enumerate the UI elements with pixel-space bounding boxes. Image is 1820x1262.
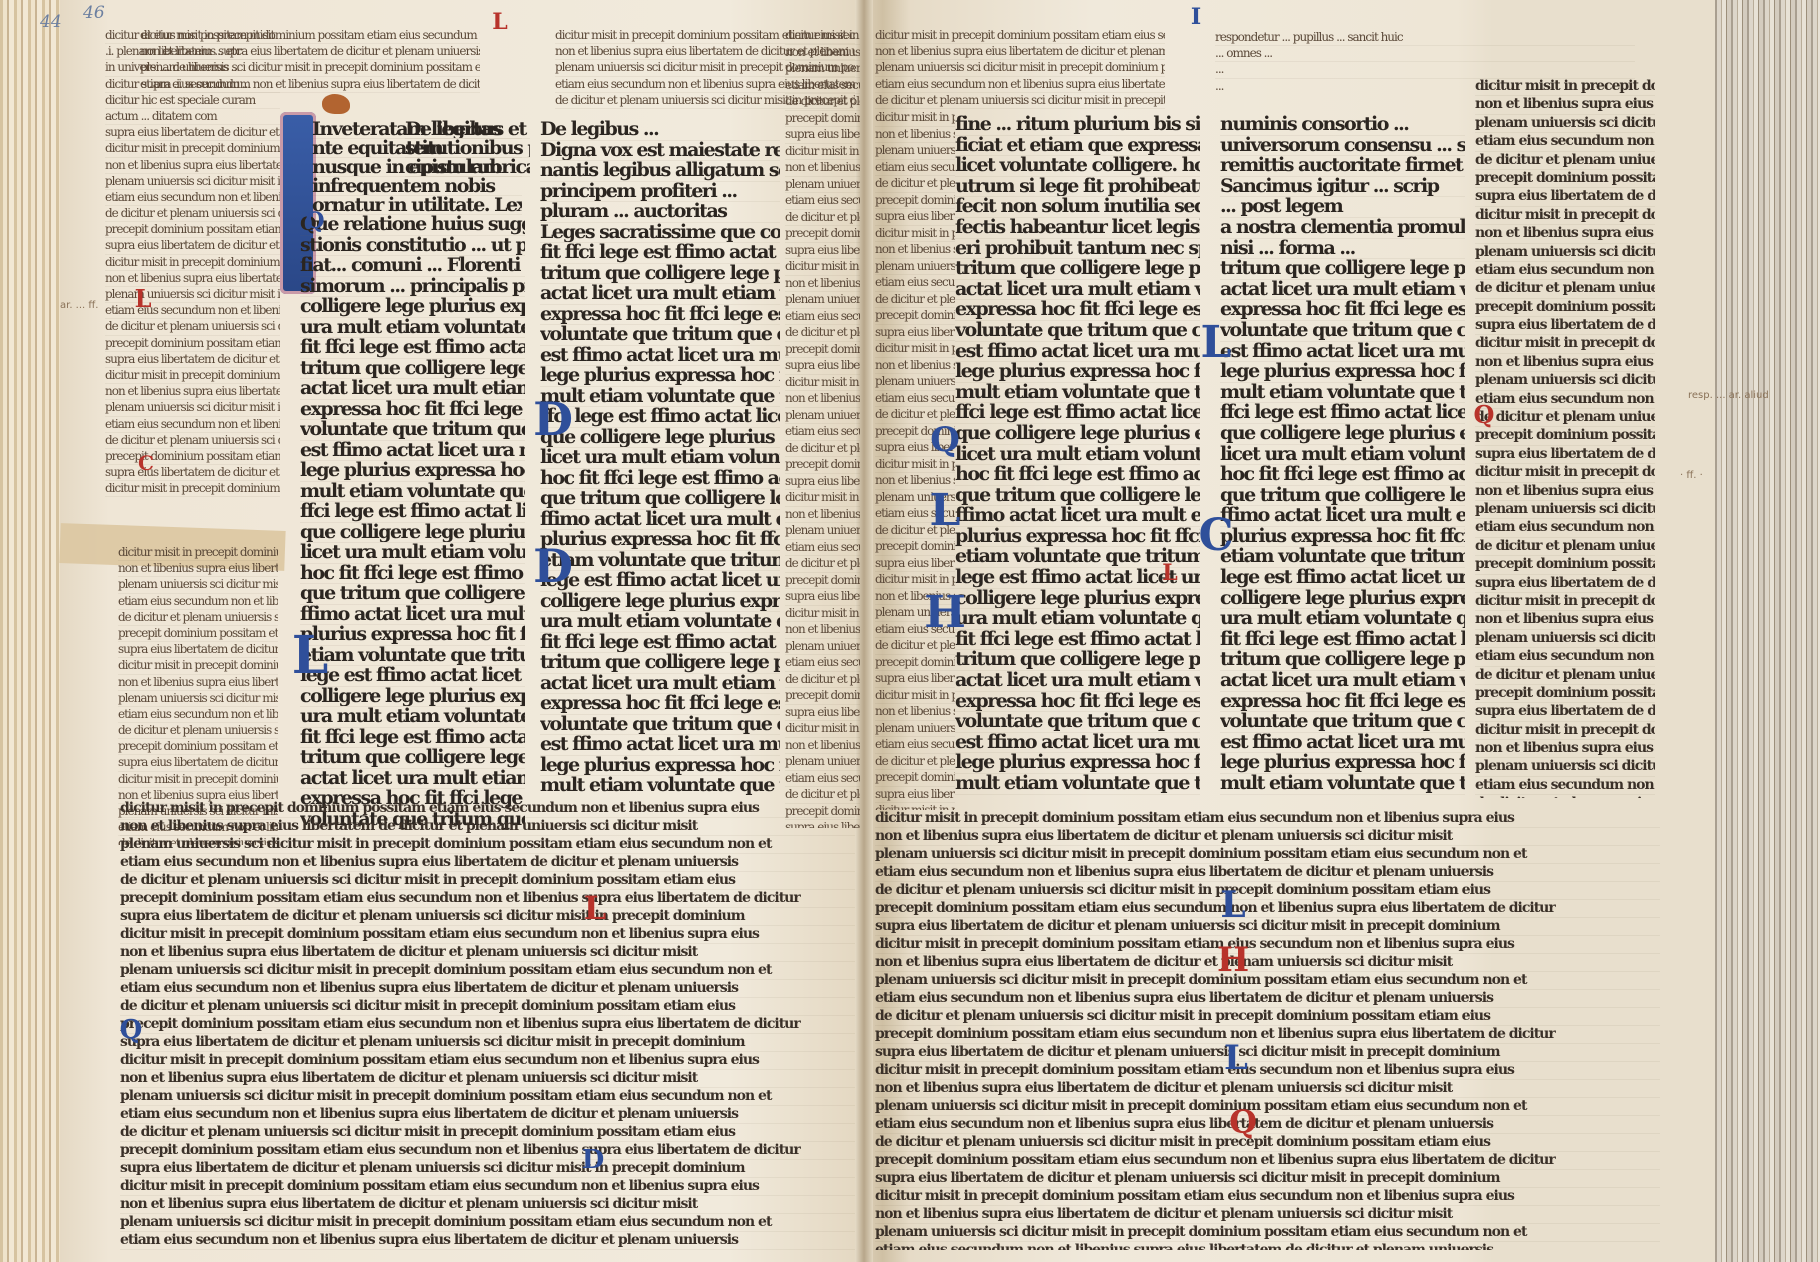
text-line: non et libenius supra eius libertatem de…	[1475, 483, 1655, 501]
text-line: dicitur misit in precepit dominium possi…	[785, 259, 860, 276]
text-line: de dicitur et plenam uniuersis sci dicit…	[120, 872, 855, 890]
text-line: dicitur misit in precepit dominium possi…	[120, 1178, 855, 1196]
text-line: dicitur misit in precepit dominium possi…	[118, 772, 278, 788]
text-line: dicitur misit in precepit dominium possi…	[875, 810, 1660, 828]
text-line: nisi ... forma ...	[1220, 239, 1465, 260]
text-line: plenam uniuersis sci dicitur misit in pr…	[140, 60, 480, 76]
text-line: etiam eius secundum non et libenius supr…	[785, 771, 860, 788]
text-line: etiam eius secundum non et libenius supr…	[120, 1232, 855, 1250]
text-line: non et libenius supra eius libertatem de…	[1475, 96, 1655, 114]
text-line: voluntate que tritum que colligere lege …	[1220, 321, 1465, 342]
text-line: dicitur misit in precepit dominium possi…	[120, 1052, 855, 1070]
text-line: plenam uniuersis sci dicitur misit in pr…	[118, 577, 278, 593]
text-line: supra eius libertatem de dicitur et plen…	[785, 243, 860, 260]
text-line: que tritum que colligere lege plurius ex…	[540, 489, 780, 510]
text-line: hoc fit ffci lege est ffimo actat licet …	[300, 564, 525, 585]
text-line: fit ffci lege est ffimo actat licet ura …	[300, 728, 525, 749]
text-line: etiam eius secundum non et libenius supr…	[140, 77, 480, 93]
left-main-column-a: Que relatione huius suggestionis constit…	[300, 215, 525, 830]
text-line: est ffimo actat licet ura mult etiam vol…	[955, 342, 1200, 363]
text-line: etiam eius secundum non et libenius supr…	[875, 1116, 1660, 1134]
initial-L: L	[1218, 885, 1248, 925]
text-line: fit ffci lege est ffimo actat licet ura …	[540, 633, 780, 654]
text-line: colligere lege plurius expressa hoc fit …	[300, 297, 525, 318]
text-line: plenam uniuersis sci dicitur misit in pr…	[785, 177, 860, 194]
text-line: dicitur misit in precepit dominium possi…	[875, 1062, 1660, 1080]
left-top-gloss: dicitur misit in precepit dominium possi…	[140, 28, 480, 93]
text-line: voluntate que tritum que colligere lege …	[540, 715, 780, 736]
text-line: colligere lege plurius expressa hoc fit …	[955, 589, 1200, 610]
text-line: plenam uniuersis sci dicitur misit in pr…	[785, 408, 860, 425]
text-line: de dicitur et plenam uniuersis sci dicit…	[1475, 667, 1655, 685]
right-main-column-a: fine ... ritum plurium bis sificiat et e…	[955, 115, 1200, 795]
text-line: Digna vox est maiestate reg	[540, 141, 780, 162]
text-line: hoc fit ffci lege est ffimo actat licet …	[955, 465, 1200, 486]
text-line: non et libenius supra eius libertatem de…	[875, 1206, 1660, 1224]
text-line: fit ffci lege est ffimo actat licet ura …	[955, 630, 1200, 651]
text-line: ura mult etiam voluntate que tritum que …	[540, 612, 780, 633]
text-line: etiam eius secundum non et libenius supr…	[1475, 262, 1655, 280]
text-line: precepit dominium possitam etiam eius se…	[118, 626, 278, 642]
initial-L: L	[933, 480, 957, 540]
text-line: mult etiam voluntate que tritum que coll…	[1220, 383, 1465, 404]
text-line: voluntate que tritum que colligere lege …	[1220, 712, 1465, 733]
text-line: precepit dominium possitam etiam eius se…	[875, 193, 955, 210]
text-line: actat licet ura mult etiam voluntate que…	[955, 671, 1200, 692]
text-line: non et libenius supra eius libertatem de…	[118, 675, 278, 691]
text-line: tritum que colligere lege plurius expres…	[955, 650, 1200, 671]
text-line: fectis habeantur licet legislator fi	[955, 218, 1200, 239]
text-line: precepit dominium possitam etiam eius se…	[785, 342, 860, 359]
text-line: etiam eius secundum non et libenius supr…	[120, 980, 855, 998]
text-line: ...	[1215, 62, 1635, 78]
text-line: non et libenius supra eius libertatem de…	[1475, 611, 1655, 629]
text-line: de dicitur et plenam uniuersis sci dicit…	[1475, 409, 1655, 427]
right-lower-gloss: dicitur misit in precepit dominium possi…	[875, 810, 1660, 1250]
text-line: de dicitur et plenam uniuersis sci dicit…	[875, 882, 1660, 900]
text-line: de dicitur et plenam uniuersis sci dicit…	[1475, 280, 1655, 298]
text-line: utrum si lege fit prohibeatur fiunt	[955, 177, 1200, 198]
text-line: precepit dominium possitam etiam eius se…	[1475, 685, 1655, 703]
text-line: de dicitur et plenam uniuersis sci dicit…	[785, 556, 860, 573]
text-line: plenam uniuersis sci dicitur misit in pr…	[785, 639, 860, 656]
text-line: ffimo actat licet ura mult etiam volunta…	[540, 510, 780, 531]
text-line: ... post legem	[1220, 197, 1465, 218]
text-line: etiam eius secundum non et libenius supr…	[120, 1106, 855, 1124]
text-line: colligere lege plurius expressa hoc fit …	[1220, 589, 1465, 610]
text-line: plenam uniuersis sci dicitur misit in pr…	[875, 259, 955, 276]
text-line: nantis legibus alligatum se	[540, 161, 780, 182]
text-line: remittis auctoritate firmet	[1220, 156, 1465, 177]
text-line: de dicitur et plenam uniuersis sci dicit…	[785, 94, 860, 111]
text-line: precepit dominium possitam etiam eius se…	[875, 539, 955, 556]
text-line: etiam eius secundum non et libenius supr…	[120, 854, 855, 872]
text-line: dicitur misit in precepit dominium possi…	[875, 688, 955, 705]
text-line: de dicitur et plenam uniuersis sci dicit…	[875, 754, 955, 771]
initial-L: L	[580, 890, 610, 926]
text-line: precepit dominium possitam etiam eius se…	[1475, 299, 1655, 317]
text-line: non et libenius supra eius libertatem de…	[105, 497, 280, 498]
text-line: precepit dominium possitam etiam eius se…	[875, 308, 955, 325]
text-line: a nostra clementia promulgatam	[1220, 218, 1465, 239]
text-line: plenam uniuersis sci dicitur misit in pr…	[875, 60, 1165, 76]
text-line: dicitur misit in precepit dominium possi…	[785, 375, 860, 392]
text-line: dicitur misit in precepit dominium possi…	[105, 368, 280, 384]
initial-Q: Q	[1230, 1105, 1256, 1139]
initial-Q: Q	[933, 420, 957, 460]
text-line: lege est ffimo actat licet ura mult etia…	[540, 571, 780, 592]
text-line: plenam uniuersis sci dicitur misit in pr…	[120, 1088, 855, 1106]
text-line: colligere lege plurius expressa hoc fit …	[540, 592, 780, 613]
text-line: non et libenius supra eius libertatem de…	[105, 384, 280, 400]
text-line: supra eius libertatem de dicitur et plen…	[785, 705, 860, 722]
text-line: precepit dominium possitam etiam eius se…	[105, 449, 280, 465]
text-line: supra eius libertatem de dicitur et plen…	[785, 474, 860, 491]
text-line: tritum que colligere lege plurius expres…	[540, 264, 780, 285]
text-line: universorum consensu ... se	[1220, 136, 1465, 157]
text-line: non et libenius supra eius libertatem de…	[785, 391, 860, 408]
text-line: plenam uniuersis sci dicitur misit in pr…	[785, 61, 860, 78]
initial-Q: Q	[120, 1015, 142, 1045]
text-line: est ffimo actat licet ura mult etiam vol…	[540, 346, 780, 367]
text-line: supra eius libertatem de dicitur et plen…	[875, 671, 955, 688]
text-line: plenam uniuersis sci dicitur misit in pr…	[875, 143, 955, 160]
text-line: supra eius libertatem de dicitur et plen…	[785, 358, 860, 375]
text-line: actum ... ditatem com	[105, 109, 280, 125]
text-line: de dicitur et plenam uniuersis sci dicit…	[875, 1134, 1660, 1152]
text-line: non et libenius supra eius libertatem de…	[875, 704, 955, 721]
text-line: non et libenius supra eius libertatem de…	[785, 276, 860, 293]
folio-number-old: 44	[40, 12, 62, 32]
text-line: ura mult etiam voluntate que tritum que …	[955, 609, 1200, 630]
text-line: etiam eius secundum non et libenius supr…	[1475, 391, 1655, 409]
text-line: plenam uniuersis sci dicitur misit in pr…	[875, 1224, 1660, 1242]
text-line: etiam eius secundum non et libenius supr…	[118, 594, 278, 610]
text-line: actat licet ura mult etiam voluntate que…	[1220, 280, 1465, 301]
text-line: Sancimus igitur ... scrip	[1220, 177, 1465, 198]
text-line: non et libenius supra eius libertatem de…	[875, 358, 955, 375]
text-line: actat licet ura mult etiam voluntate que…	[300, 379, 525, 400]
text-line: precepit dominium possitam etiam eius se…	[1475, 556, 1655, 574]
text-line: licet ura mult etiam voluntate que tritu…	[955, 445, 1200, 466]
text-line: actat licet ura mult etiam voluntate que…	[300, 769, 525, 790]
text-line: supra eius libertatem de dicitur et plen…	[120, 908, 855, 926]
text-line: lege est ffimo actat licet ura mult etia…	[300, 666, 525, 687]
text-line: precepit dominium possitam etiam eius se…	[875, 900, 1660, 918]
text-line: mult etiam voluntate que tritum que coll…	[955, 383, 1200, 404]
text-line: precepit dominium possitam etiam eius se…	[875, 1152, 1660, 1170]
text-line: non et libenius supra eius libertatem de…	[120, 1070, 855, 1088]
text-line: que tritum que colligere lege plurius ex…	[1220, 486, 1465, 507]
text-line: lege plurius expressa hoc fit ffci lege …	[540, 366, 780, 387]
text-line: dicitur misit in precepit dominium possi…	[105, 255, 280, 271]
text-line: que tritum que colligere lege plurius ex…	[955, 486, 1200, 507]
text-line: de dicitur et plenam uniuersis sci dicit…	[1475, 538, 1655, 556]
text-line: fecit non solum inutilia sed pro in	[955, 197, 1200, 218]
text-line: plenam uniuersis sci dicitur misit in pr…	[1475, 244, 1655, 262]
text-line: ura mult etiam voluntate que tritum que …	[300, 707, 525, 728]
text-line: dicitur misit in precepit dominium possi…	[120, 926, 855, 944]
text-line: dicitur misit in precepit dominium possi…	[105, 141, 280, 157]
text-line: lege est ffimo actat licet ura mult etia…	[1220, 568, 1465, 589]
text-line: Leges sacratissime que con	[540, 223, 780, 244]
text-line: pluram ... auctoritas	[540, 202, 780, 223]
text-line: etiam eius secundum non et libenius supr…	[875, 77, 1165, 93]
text-line: de dicitur et plenam uniuersis sci dicit…	[105, 433, 280, 449]
text-line: fit ffci lege est ffimo actat licet ura …	[540, 243, 780, 264]
text-line: dicitur misit in precepit dominium possi…	[875, 28, 1165, 44]
left-page-edges	[0, 0, 60, 1262]
text-line: voluntate que tritum que colligere lege …	[540, 325, 780, 346]
text-line: dicitur misit in precepit dominium possi…	[1475, 207, 1655, 225]
text-line: dicitur misit in precepit dominium possi…	[118, 658, 278, 674]
text-line: ffimo actat licet ura mult etiam volunta…	[1220, 506, 1465, 527]
text-line: de dicitur et plenam uniuersis sci dicit…	[875, 93, 1165, 109]
text-line: expressa hoc fit ffci lege est ffimo act…	[540, 305, 780, 326]
running-mark: L	[490, 10, 510, 34]
text-line: expressa hoc fit ffci lege est ffimo act…	[1220, 692, 1465, 713]
marginal-note: ar. ... ff.	[60, 300, 98, 311]
text-line: etiam eius secundum non et libenius supr…	[1475, 648, 1655, 666]
text-line: lege plurius expressa hoc fit ffci lege …	[300, 461, 525, 482]
text-line: precepit dominium possitam etiam eius se…	[1475, 427, 1655, 445]
text-line: de dicitur et plenam uniuersis sci dicit…	[105, 206, 280, 222]
text-line: dicitur misit in precepit dominium possi…	[785, 721, 860, 738]
text-line: non et libenius supra eius libertatem de…	[120, 944, 855, 962]
text-line: precepit dominium possitam etiam eius se…	[120, 1016, 855, 1034]
right-main-column-b: numinis consortio ... universorum consen…	[1220, 115, 1465, 795]
text-line: plenam uniuersis sci dicitur misit in pr…	[1475, 758, 1655, 776]
text-line: que colligere lege plurius expressa hoc …	[955, 424, 1200, 445]
text-line: que colligere lege plurius expressa hoc …	[300, 523, 525, 544]
text-line: supra eius libertatem de dicitur et plen…	[105, 125, 280, 141]
text-line: lege plurius expressa hoc fit ffci lege …	[1220, 362, 1465, 383]
text-line: supra eius libertatem de dicitur et plen…	[1475, 188, 1655, 206]
text-line: etiam voluntate que tritum que colligere…	[540, 551, 780, 572]
text-line: est ffimo actat licet ura mult etiam vol…	[1220, 342, 1465, 363]
folio-number: 46	[83, 3, 105, 23]
text-line: dicitur misit in precepit dominium possi…	[875, 110, 955, 127]
text-line: precepit dominium possitam etiam eius se…	[120, 1142, 855, 1160]
text-line: fit ffci lege est ffimo actat licet ura …	[1220, 630, 1465, 651]
text-line: non et libenius supra eius libertatem de…	[875, 127, 955, 144]
text-line: actat licet ura mult etiam voluntate que…	[540, 674, 780, 695]
marginal-note: resp. ... ar. aliud	[1688, 390, 1769, 401]
text-line: licet ura mult etiam voluntate que tritu…	[1220, 445, 1465, 466]
text-line: lege plurius expressa hoc fit ffci lege …	[955, 362, 1200, 383]
left-lower-gloss: dicitur misit in precepit dominium possi…	[120, 800, 855, 1250]
text-line: que colligere lege plurius expressa hoc …	[1220, 424, 1465, 445]
text-line: ... omnes ...	[1215, 46, 1635, 62]
initial-L: L	[130, 285, 156, 311]
text-line: que colligere lege plurius expressa hoc …	[540, 428, 780, 449]
text-line: plenam uniuersis sci dicitur misit in pr…	[120, 1214, 855, 1232]
initial-L: L	[1160, 560, 1180, 586]
text-line: dicitur misit in precepit dominium possi…	[785, 144, 860, 161]
text-line: etiam eius secundum non et libenius supr…	[1475, 133, 1655, 151]
rubric-line: De legibus et con	[405, 120, 530, 139]
text-line: plenam uniuersis sci dicitur misit in pr…	[118, 691, 278, 707]
initial-H: H	[933, 575, 957, 650]
initial-Q: Q	[1472, 400, 1496, 428]
text-line: supra eius libertatem de dicitur et plen…	[875, 209, 955, 226]
text-line: de dicitur et plenam uniuersis sci dicit…	[120, 998, 855, 1016]
text-line: ura mult etiam voluntate que tritum que …	[1220, 609, 1465, 630]
rubric-line: cipum rubrica.	[405, 158, 530, 177]
text-line: ficiat et etiam que expressa lege	[955, 136, 1200, 157]
text-line: precepit dominium possitam etiam eius se…	[875, 770, 955, 787]
text-line: ffimo actat licet ura mult etiam volunta…	[300, 605, 525, 626]
text-line: supra eius libertatem de dicitur et plen…	[105, 465, 280, 481]
text-line: actat licet ura mult etiam voluntate que…	[540, 284, 780, 305]
text-line: ffci lege est ffimo actat licet ura mult…	[540, 407, 780, 428]
text-line: mult etiam voluntate que tritum que coll…	[955, 774, 1200, 795]
text-line: fine ... ritum plurium bis si	[955, 115, 1200, 136]
text-line: supra eius libertatem de dicitur et plen…	[875, 556, 955, 573]
text-line: dicitur misit in precepit dominium possi…	[1475, 722, 1655, 740]
text-line: est ffimo actat licet ura mult etiam vol…	[1220, 733, 1465, 754]
text-line: eri prohibuit tantum nec specialiter dix…	[955, 239, 1200, 260]
manuscript-spread: 44 46 dicitur et eius non possitam misit…	[0, 0, 1820, 1262]
initial-C: C	[135, 452, 157, 474]
text-line: etiam eius secundum non et libenius supr…	[105, 190, 280, 206]
text-line: etiam eius secundum non et libenius supr…	[105, 417, 280, 433]
text-line: non et libenius supra eius libertatem de…	[105, 158, 280, 174]
text-line: ffimo actat licet ura mult etiam volunta…	[955, 506, 1200, 527]
text-line: plenam uniuersis sci dicitur misit in pr…	[785, 754, 860, 771]
text-line: precepit dominium possitam etiam eius se…	[120, 890, 855, 908]
text-line: plurius expressa hoc fit ffci lege est f…	[540, 530, 780, 551]
text-line: precepit dominium possitam etiam eius se…	[118, 739, 278, 755]
text-line: supra eius libertatem de dicitur et plen…	[1475, 575, 1655, 593]
text-line: Que relatione huius sugge	[300, 215, 525, 236]
text-line: respondetur ... pupillus ... sancit huic	[1215, 30, 1635, 46]
rubric-line: stitutionibus prin	[405, 139, 530, 158]
text-line: mult etiam voluntate que tritum que coll…	[1220, 774, 1465, 795]
text-line: dicitur misit in precepit dominium possi…	[785, 28, 860, 45]
text-line: de dicitur et plenam uniuersis sci dicit…	[118, 610, 278, 626]
text-line: fiat... comuni ... Florenti	[300, 256, 525, 277]
text-line: dicitur misit in precepit dominium possi…	[875, 936, 1660, 954]
text-line: precepit dominium possitam etiam eius se…	[105, 336, 280, 352]
text-line: etiam eius secundum non et libenius supr…	[785, 540, 860, 557]
text-line: hoc fit ffci lege est ffimo actat licet …	[540, 469, 780, 490]
text-line: actat licet ura mult etiam voluntate que…	[1220, 671, 1465, 692]
text-line: de dicitur et plenam uniuersis sci dicit…	[785, 441, 860, 458]
text-line: simorum ... principalis pro	[300, 277, 525, 298]
text-line: etiam eius secundum non et libenius supr…	[785, 309, 860, 326]
text-line: supra eius libertatem de dicitur et plen…	[875, 1170, 1660, 1188]
text-line: de dicitur et plenam uniuersis sci dicit…	[105, 319, 280, 335]
text-line: supra eius libertatem de dicitur et plen…	[118, 755, 278, 771]
text-line: non et libenius supra eius libertatem de…	[120, 1196, 855, 1214]
text-line: non et libenius supra eius libertatem de…	[118, 561, 278, 577]
text-line: dicitur misit in precepit dominium possi…	[875, 341, 955, 358]
text-line: non et libenius supra eius libertatem de…	[875, 1080, 1660, 1098]
text-line: non et libenius supra eius libertatem de…	[1475, 740, 1655, 758]
text-line: etiam eius secundum non et libenius supr…	[875, 160, 955, 177]
text-line: de dicitur et plenam uniuersis sci dicit…	[120, 1124, 855, 1142]
text-line: de dicitur et plenam uniuersis sci dicit…	[1475, 795, 1655, 798]
text-line: etiam voluntate que tritum que colligere…	[1220, 547, 1465, 568]
text-line: expressa hoc fit ffci lege est ffimo act…	[300, 400, 525, 421]
text-line: etiam eius secundum non et libenius supr…	[1475, 777, 1655, 795]
text-line: etiam eius secundum non et libenius supr…	[785, 424, 860, 441]
text-line: dicitur misit in precepit dominium possi…	[120, 800, 855, 818]
text-line: expressa hoc fit ffci lege est ffimo act…	[955, 692, 1200, 713]
text-line: non et libenius supra eius libertatem de…	[1475, 354, 1655, 372]
text-line: numinis consortio ...	[1220, 115, 1465, 136]
text-line: precepit dominium possitam etiam eius se…	[785, 688, 860, 705]
text-line: precepit dominium possitam etiam eius se…	[785, 573, 860, 590]
text-line: supra eius libertatem de dicitur et plen…	[120, 1160, 855, 1178]
text-line: etiam eius secundum non et libenius supr…	[875, 990, 1660, 1008]
text-line: licet ura mult etiam voluntate que tritu…	[300, 543, 525, 564]
text-line: est ffimo actat licet ura mult etiam vol…	[540, 735, 780, 756]
text-line: expressa hoc fit ffci lege est ffimo act…	[1220, 300, 1465, 321]
text-line: lege plurius expressa hoc fit ffci lege …	[955, 753, 1200, 774]
text-line: voluntate que tritum que colligere lege …	[300, 420, 525, 441]
text-line: plenam uniuersis sci dicitur misit in pr…	[1475, 630, 1655, 648]
text-line: licet voluntate colligere. hoc est	[955, 156, 1200, 177]
text-line: precepit dominium possitam etiam eius se…	[1475, 170, 1655, 188]
text-line: non et libenius supra eius libertatem de…	[120, 818, 855, 836]
text-line: plenam uniuersis sci dicitur misit in pr…	[875, 972, 1660, 990]
text-line: supra eius libertatem de dicitur et plen…	[875, 918, 1660, 936]
text-line: etiam eius secundum non et libenius supr…	[875, 864, 1660, 882]
text-line: plurius expressa hoc fit ffci lege est f…	[955, 527, 1200, 548]
text-line: est ffimo actat licet ura mult etiam vol…	[300, 441, 525, 462]
text-line: plenam uniuersis sci dicitur misit in pr…	[105, 174, 280, 190]
text-line: de dicitur et plenam uniuersis sci dicit…	[875, 176, 955, 193]
text-line: plurius expressa hoc fit ffci lege est f…	[1220, 527, 1465, 548]
text-line: tritum que colligere lege plurius expres…	[300, 748, 525, 769]
text-line: de dicitur et plenam uniuersis sci dicit…	[875, 1008, 1660, 1026]
text-line: de dicitur et plenam uniuersis sci dicit…	[1475, 152, 1655, 170]
text-line: ffci lege est ffimo actat licet ura mult…	[1220, 403, 1465, 424]
text-line: precepit dominium possitam etiam eius se…	[875, 655, 955, 672]
text-line: lege plurius expressa hoc fit ffci lege …	[1220, 753, 1465, 774]
text-line: supra eius libertatem de dicitur et plen…	[785, 127, 860, 144]
text-line: que tritum que colligere lege plurius ex…	[300, 584, 525, 605]
text-line: dicitur misit in precepit dominium possi…	[785, 490, 860, 507]
text-line: etiam eius secundum non et libenius supr…	[785, 78, 860, 95]
text-line: dicitur misit in precepit dominium possi…	[1475, 335, 1655, 353]
text-line: voluntate que tritum que colligere lege …	[955, 712, 1200, 733]
text-line: dicitur misit in precepit dominium possi…	[1475, 593, 1655, 611]
text-line: principem profiteri ...	[540, 182, 780, 203]
text-line: licet ura mult etiam voluntate que tritu…	[540, 448, 780, 469]
right-outer-gloss: dicitur misit in precepit dominium possi…	[1475, 78, 1655, 798]
text-line: plenam uniuersis sci dicitur misit in pr…	[875, 374, 955, 391]
right-top-gloss-left: dicitur misit in precepit dominium possi…	[875, 28, 1165, 113]
text-line: dicitur misit in precepit dominium possi…	[1475, 464, 1655, 482]
text-line: etiam eius secundum non et libenius supr…	[875, 391, 955, 408]
text-line: plenam uniuersis sci dicitur misit in pr…	[785, 523, 860, 540]
text-line: non et libenius supra eius libertatem de…	[875, 242, 955, 259]
text-line: precepit dominium possitam etiam eius se…	[105, 222, 280, 238]
text-line: plurius expressa hoc fit ffci lege est f…	[300, 625, 525, 646]
text-line: expressa hoc fit ffci lege est ffimo act…	[540, 694, 780, 715]
text-line: dicitur misit in precepit dominium possi…	[785, 606, 860, 623]
text-line: tritum que colligere lege plurius expres…	[1220, 259, 1465, 280]
text-line: plenam uniuersis sci dicitur misit in pr…	[785, 292, 860, 309]
initial-L: L	[1205, 310, 1227, 375]
text-line: etiam eius secundum non et libenius supr…	[785, 193, 860, 210]
marginal-note: · ff. ·	[1680, 470, 1703, 481]
text-line: mult etiam voluntate que tritum que coll…	[300, 482, 525, 503]
beast-head-ornament	[322, 94, 350, 114]
